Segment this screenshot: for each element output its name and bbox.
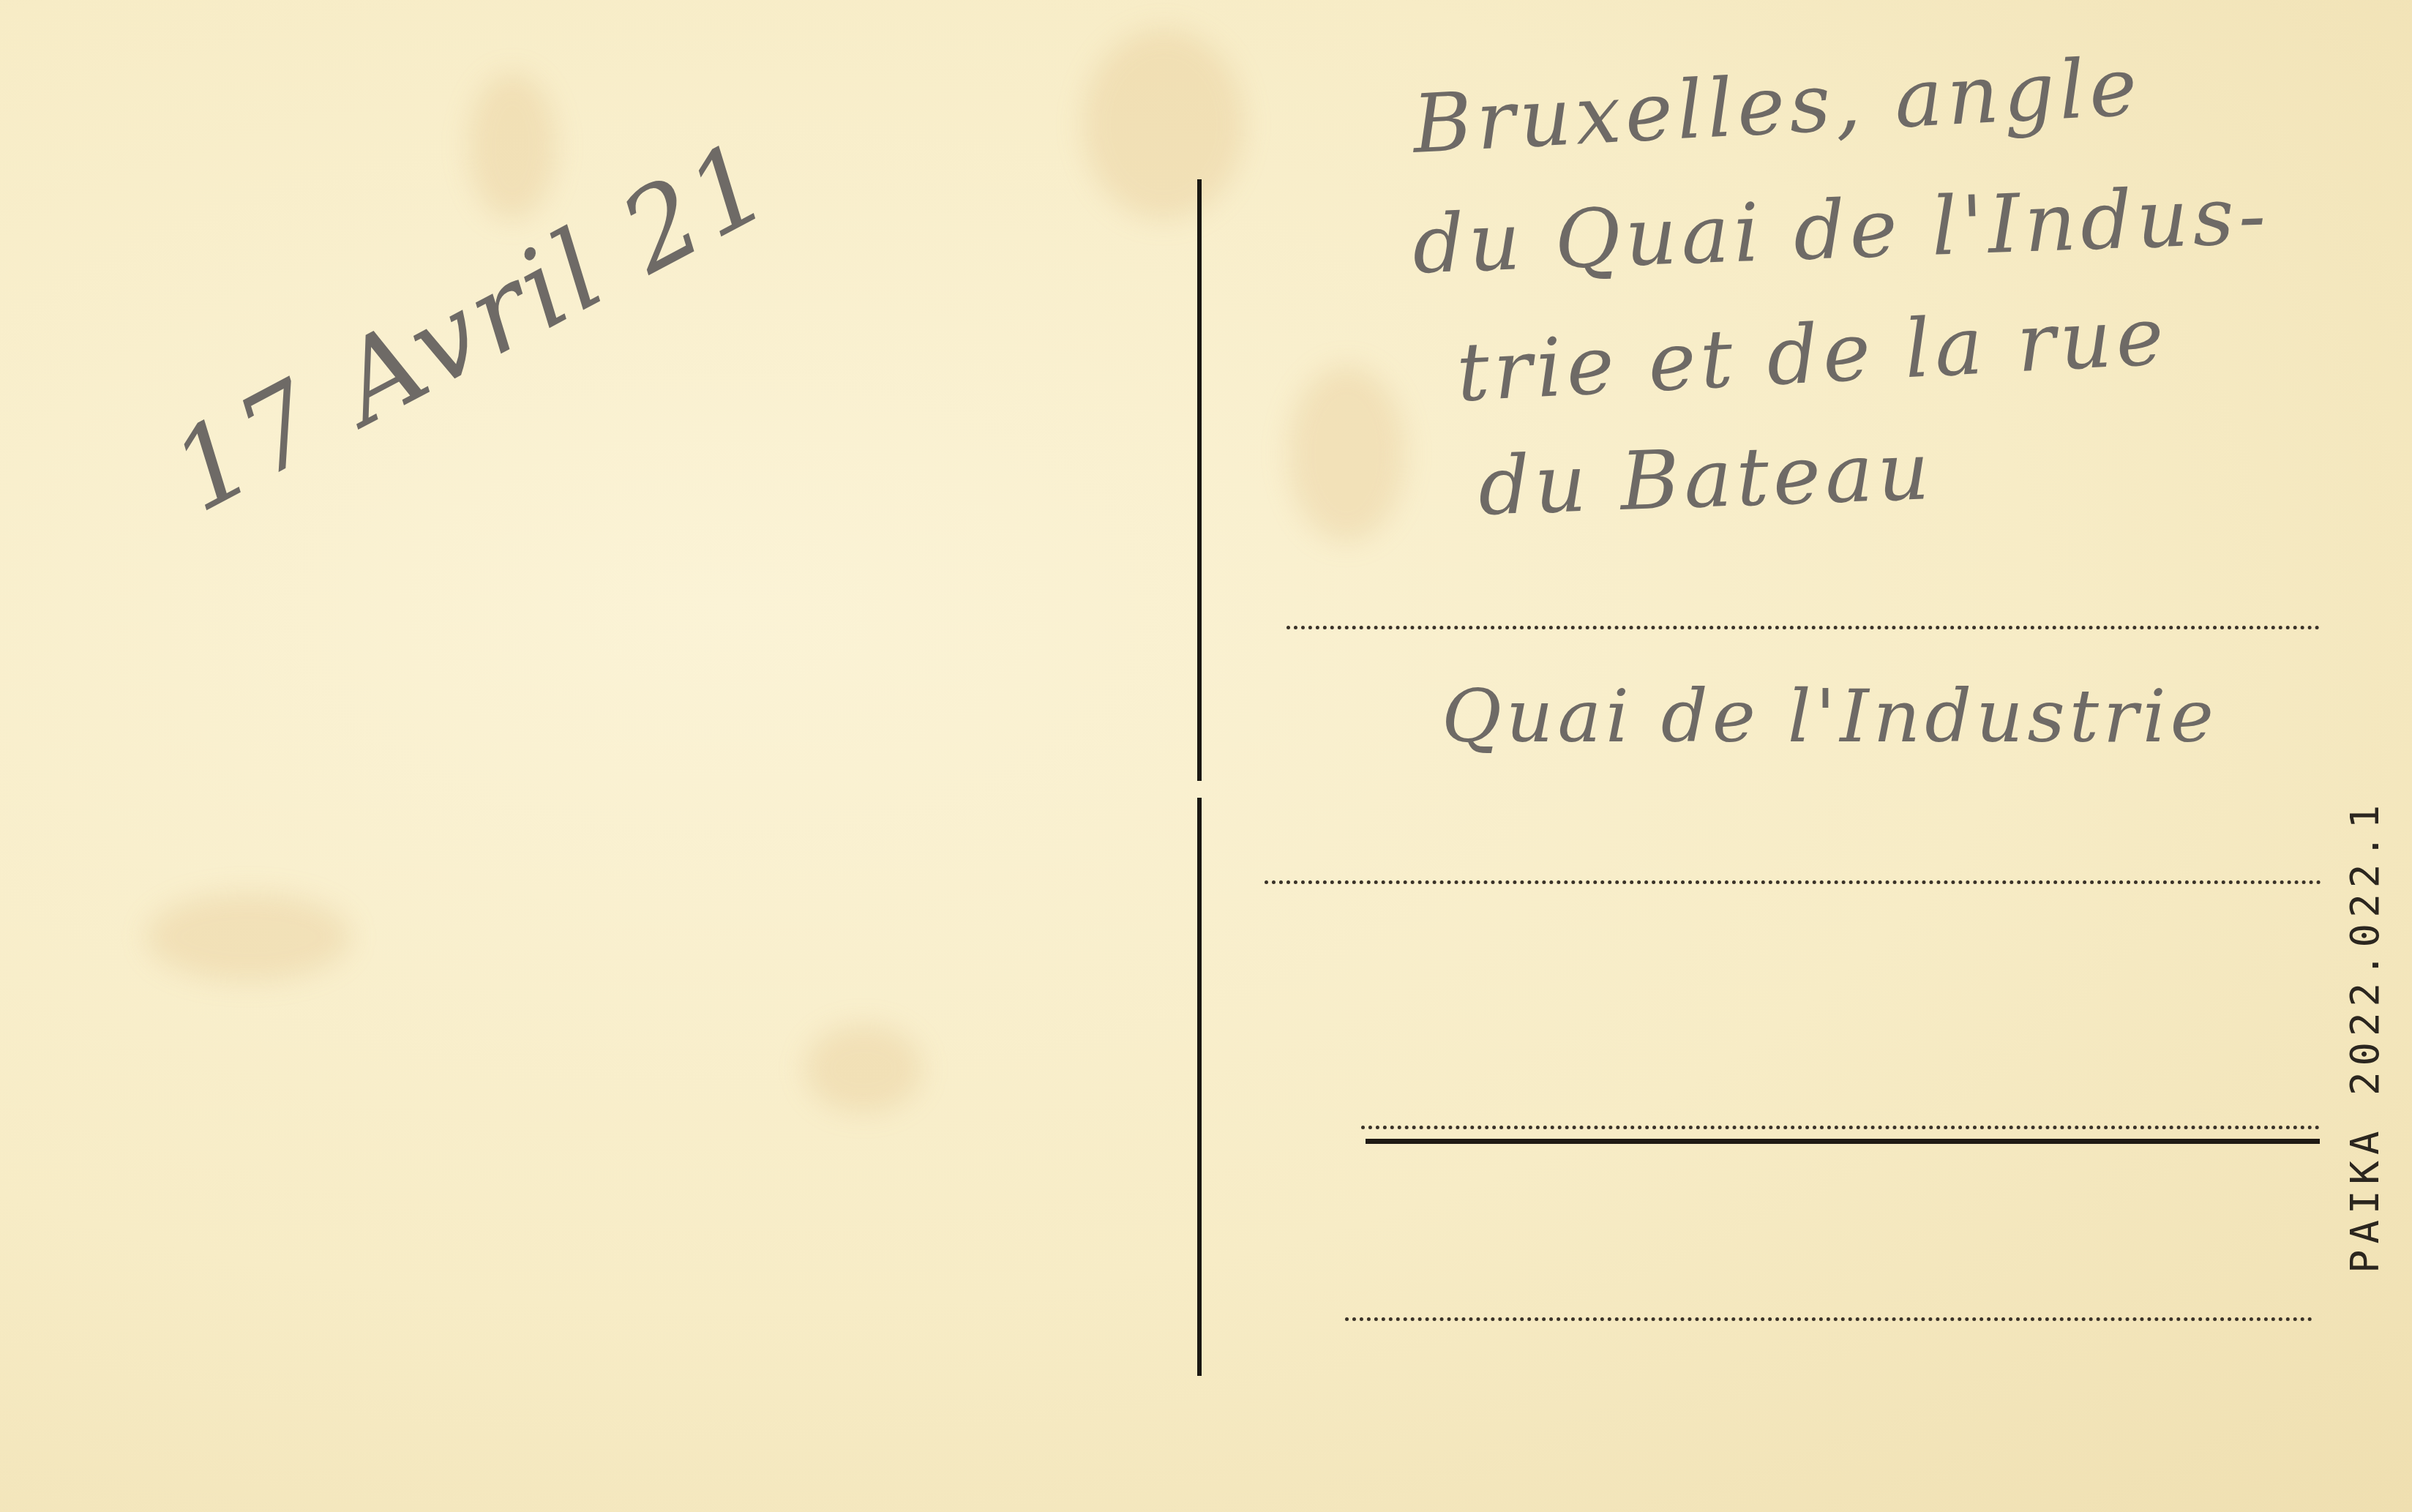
address-line-2	[1265, 880, 2321, 884]
stain	[805, 1025, 922, 1112]
center-divider-top	[1197, 179, 1202, 781]
center-divider-bottom	[1197, 798, 1202, 1376]
caption-line-2: du Quai de l'Indus-	[1411, 168, 2271, 292]
address-text-1: Quai de l'Industrie	[1442, 673, 2218, 759]
stain	[1083, 29, 1244, 220]
archive-number: PAIKA 2022.022.1	[2342, 799, 2388, 1273]
postcard-back: { "postcard": { "caption_lines": [ "Brux…	[0, 0, 2412, 1512]
caption-line-1: Bruxelles, angle	[1410, 40, 2143, 171]
address-line-3	[1361, 1126, 2320, 1129]
stain	[468, 73, 556, 220]
caption-line-4: du Bateau	[1477, 424, 1935, 534]
address-line-4	[1345, 1317, 2312, 1321]
stain	[1288, 366, 1405, 542]
caption-line-3: trie et de la rue	[1454, 289, 2170, 420]
address-line-3-underline	[1366, 1139, 2320, 1144]
address-line-1	[1286, 626, 2320, 629]
stain	[146, 893, 351, 981]
